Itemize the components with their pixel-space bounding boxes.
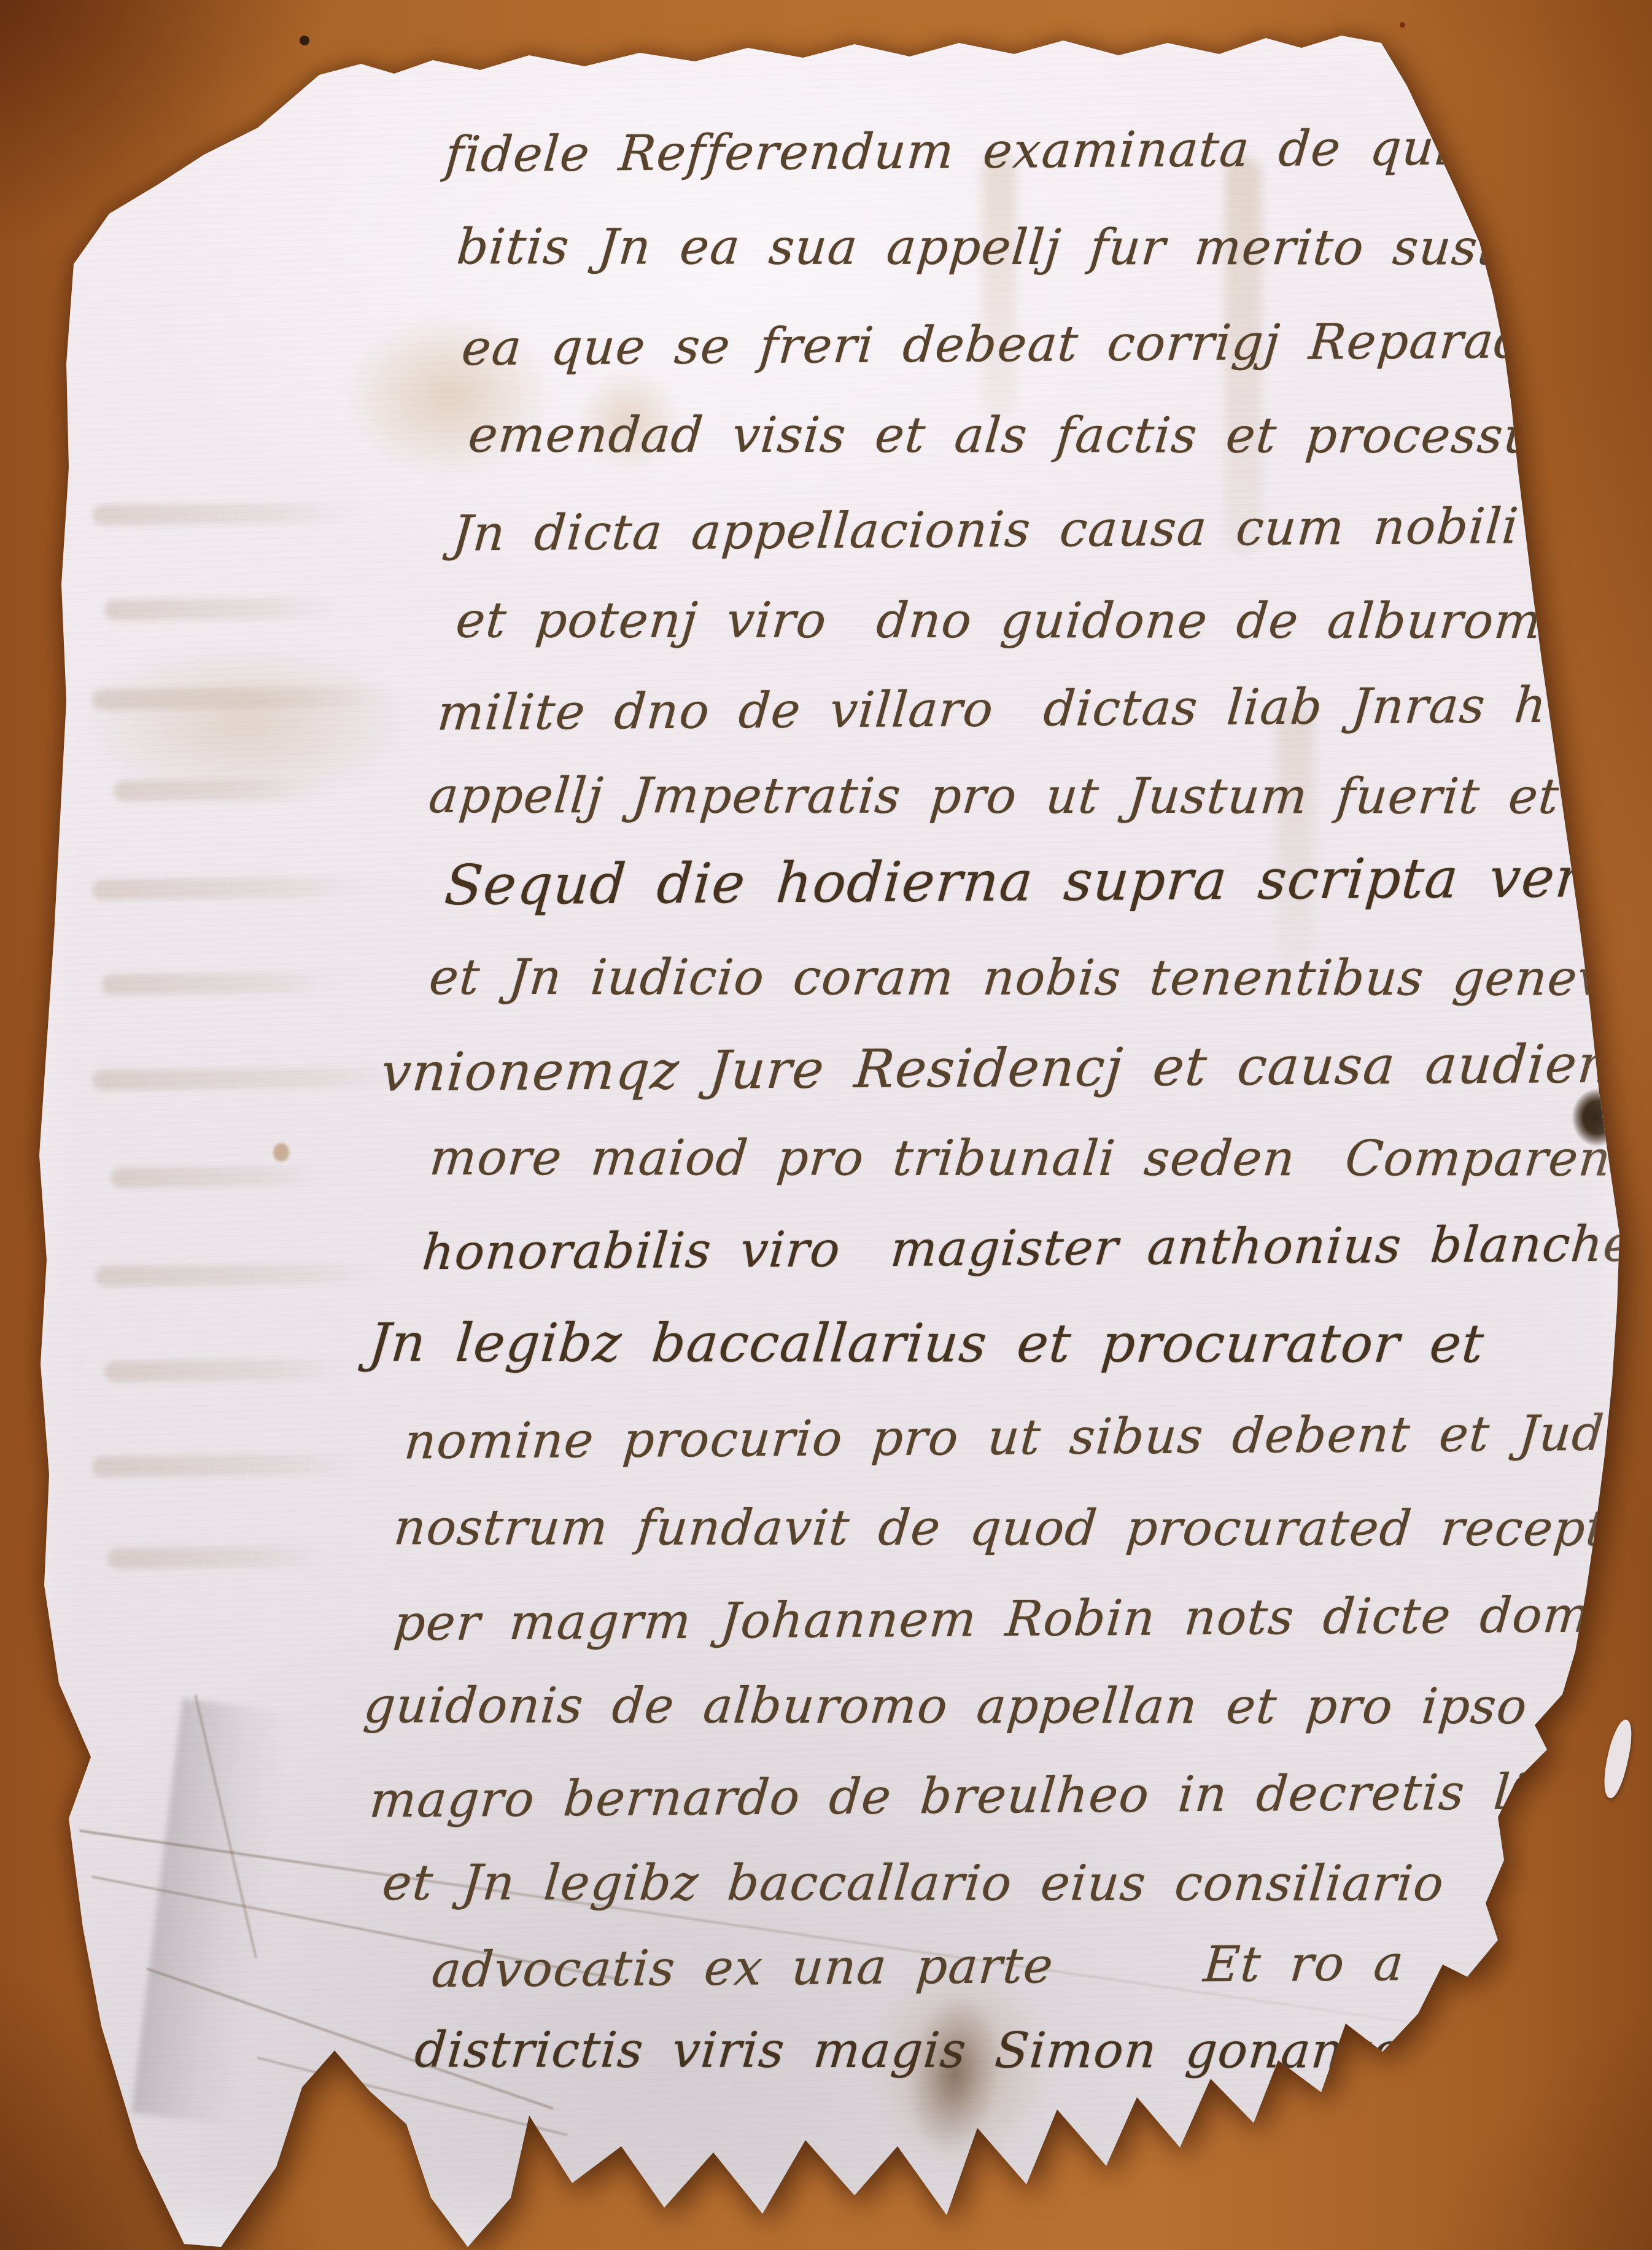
handwriting-line: Jn dicta appellacionis causa cum nobili xyxy=(450,498,1521,562)
handwriting-line: Sequd die hodierna supra scripta venien xyxy=(442,845,1652,918)
handwriting-line: emendad visis et als factis et processu xyxy=(466,406,1538,464)
worm-hole-rim xyxy=(1604,1079,1646,1160)
manuscript-page: fidele Refferendum examinata de quibus J… xyxy=(0,0,1652,2250)
handwriting-line: Jn legibz baccallarius et procurator et xyxy=(366,1313,1487,1375)
handwriting-line: advocatis ex una parte Et ro a xyxy=(430,1935,1406,1998)
handwriting-line: honorabilis viro magister anthonius blan… xyxy=(420,1216,1652,1281)
handwritten-text-block: fidele Refferendum examinata de quibus J… xyxy=(0,0,1652,2250)
ink-speck xyxy=(1400,22,1405,28)
handwriting-line: fidele Refferendum examinata de quibus J… xyxy=(443,117,1652,183)
handwriting-line: per magrm Johannem Robin nots dicte domi… xyxy=(392,1586,1652,1651)
handwriting-line: appellj Jmpetratis pro ut Justum fuerit … xyxy=(427,767,1652,825)
handwriting-line: ea que se freri debeat corrigj Reparad xyxy=(460,312,1529,376)
handwriting-line: et Jn iudicio coram nobis tenentibus gen… xyxy=(427,949,1652,1007)
ink-speck xyxy=(300,36,309,45)
handwriting-line: guidonis de alburomo appellan et pro ips… xyxy=(362,1677,1652,1735)
handwriting-line: more maiod pro tribunali seden Comparent… xyxy=(427,1130,1652,1187)
paper-shadow-wrap: fidele Refferendum examinata de quibus J… xyxy=(0,0,1652,2250)
handwriting-line: nostrum fundavit de quod procurated rece… xyxy=(392,1499,1640,1557)
handwriting-line: et potenj viro dno guidone de alburomo xyxy=(454,592,1575,650)
handwriting-line: et Jn legibz baccallario eius consiliari… xyxy=(380,1855,1446,1912)
photo-of-manuscript: fidele Refferendum examinata de quibus J… xyxy=(0,0,1652,2250)
handwriting-line: magro bernardo de breulheo in decretis l… xyxy=(368,1763,1652,1829)
handwriting-line: vnionemqz Jure Residencj et causa audien… xyxy=(379,1034,1652,1103)
handwriting-line: districtis viris magis Simon gonanvelly … xyxy=(413,2022,1619,2079)
handwriting-line: nomine procurio pro ut sibus debent et J… xyxy=(402,1405,1652,1470)
handwriting-line: milite dno de villaro dictas liab Jnras … xyxy=(435,677,1549,742)
handwriting-line: bitis Jn ea sua appellj fur merito suste… xyxy=(454,219,1641,276)
